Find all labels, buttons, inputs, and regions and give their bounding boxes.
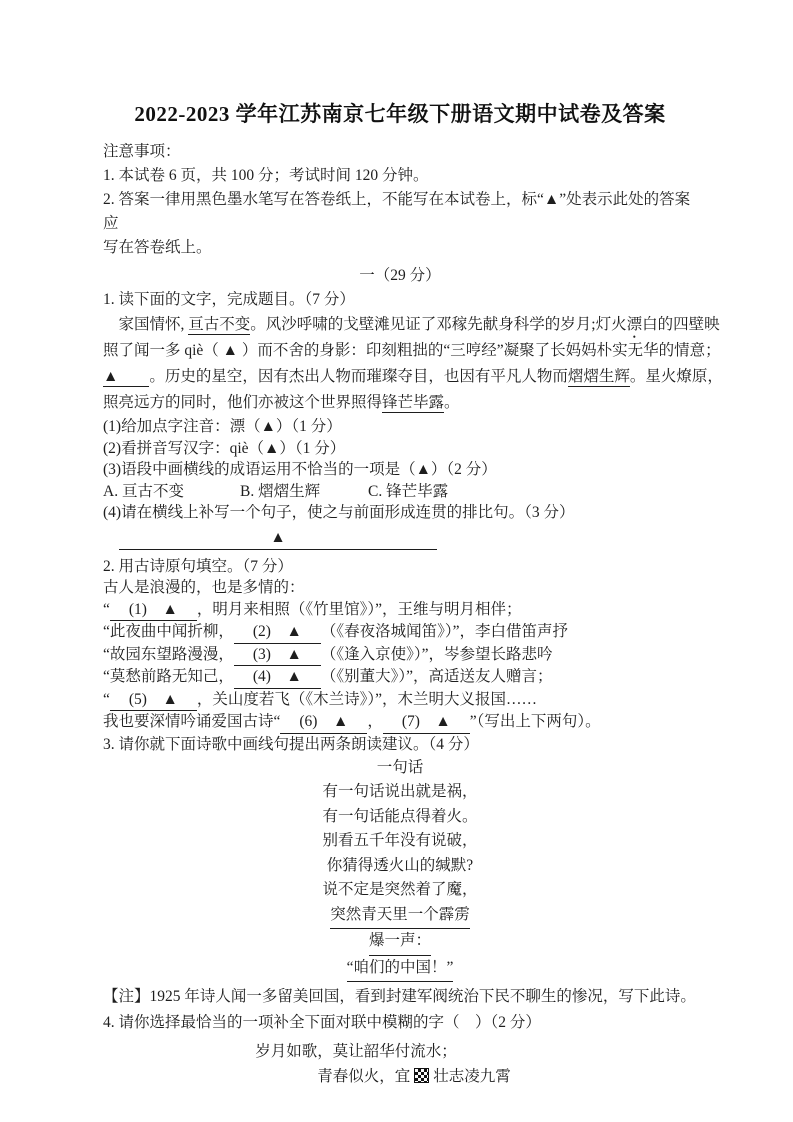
poem-line-text: 说不定是突然着了魔， bbox=[322, 878, 477, 903]
passage-text: 。 bbox=[444, 394, 460, 411]
passage-text: 照了闻一多 qiè（ ▲ ）而不舍的身影：印刻粗拙的“三哼经”凝聚了长妈妈朴实无… bbox=[103, 342, 721, 359]
fill-pre: “故园东望路漫漫， bbox=[103, 646, 234, 663]
emphasis-dot-char: 漂 bbox=[627, 316, 643, 333]
fill-pre: “莫愁前路无知己， bbox=[103, 668, 234, 685]
question-4-stem: 4. 请你选择最恰当的一项补全下面对联中模糊的字（ ）（2 分） bbox=[103, 1012, 697, 1034]
question-3-stem: 3. 请你就下面诗歌中画线句提出两条朗读建议。（4 分） bbox=[103, 734, 697, 756]
poem-line: 说不定是突然着了魔， bbox=[103, 878, 697, 903]
fill-pre: “ bbox=[103, 691, 110, 708]
passage-line-4: 照亮远方的同时，他们亦被这个世界照得锋芒毕露。 bbox=[103, 390, 697, 416]
question-1-passage: 家国情怀, 亘古不变。风沙呼啸的戈壁滩见证了邓稼先献身科学的岁月;灯火漂白的四壁… bbox=[103, 312, 697, 416]
poem-line-text: 有一句话能点得着火。 bbox=[322, 805, 477, 830]
poem-line: 你猜得透火山的缄默? bbox=[103, 854, 697, 879]
underlined-idiom: 熠熠生辉 bbox=[568, 368, 630, 387]
poem-line-underlined: 爆一声： bbox=[103, 929, 697, 956]
question-1-options: A. 亘古不变B. 熠熠生辉C. 锋芒毕露 bbox=[103, 481, 697, 503]
notice-section: 注意事项： 1. 本试卷 6 页，共 100 分；考试时间 120 分钟。 2.… bbox=[103, 140, 697, 260]
notice-line-2: 2. 答案一律用黑色墨水笔写在答卷纸上，不能写在本试卷上，标“▲”处表示此处的答… bbox=[103, 188, 697, 236]
fill-blank-2: (2) ▲ bbox=[234, 621, 321, 644]
question-1-sub-3: (3)语段中画横线的成语运用不恰当的一项是（▲）（2 分） bbox=[103, 459, 697, 481]
poem-line: 别看五千年没有说破， bbox=[103, 829, 697, 854]
couplet-line-1: 岁月如歌，莫让韶华付流水； bbox=[59, 1039, 653, 1064]
section-1-heading: 一（29 分） bbox=[103, 264, 697, 288]
poem-line-text: 别看五千年没有说破， bbox=[322, 829, 477, 854]
fill-blank-6: (6) ▲ bbox=[280, 711, 367, 734]
triangle-marker: ▲ bbox=[270, 529, 285, 546]
fill-line-4: “莫愁前路无知己，(4) ▲（《别董大》）”，高适送友人赠言； bbox=[103, 666, 697, 689]
passage-text: 。历史的星空，因有杰出人物而璀璨夺目，也因有平凡人物而 bbox=[149, 368, 568, 385]
passage-line-2: 照了闻一多 qiè（ ▲ ）而不舍的身影：印刻粗拙的“三哼经”凝聚了长妈妈朴实无… bbox=[103, 338, 697, 364]
fill-pre: “此夜曲中闻折柳， bbox=[103, 623, 234, 640]
passage-text: 。风沙呼啸的戈壁滩见证了邓稼先献身科学的岁月;灯火 bbox=[250, 316, 626, 333]
question-2-section: 2. 用古诗原句填空。（7 分） 古人是浪漫的，也是多情的： “(1) ▲，明月… bbox=[103, 556, 697, 734]
fill-line-2: “此夜曲中闻折柳，(2) ▲（《春夜洛城闻笛》）”，李白借笛声抒 bbox=[103, 621, 697, 644]
poem-line-text: 你猜得透火山的缄默? bbox=[327, 854, 473, 879]
blank-triangle-marker: ▲ bbox=[103, 368, 149, 387]
fill-post: （《春夜洛城闻笛》）”，李白借笛声抒 bbox=[321, 623, 568, 640]
poem-line: 有一句话说出就是祸， bbox=[103, 780, 697, 805]
option-b: B. 熠熠生辉 bbox=[240, 481, 368, 503]
couplet-block: 岁月如歌，莫让韶华付流水； 青春似火，宜壮志凌九霄 bbox=[103, 1039, 697, 1089]
question-2-intro: 古人是浪漫的，也是多情的： bbox=[103, 577, 697, 599]
poem-line-underlined: 突然青天里一个霹雳 bbox=[103, 903, 697, 930]
fill-pre: 我也要深情吟诵爱国古诗“ bbox=[103, 713, 280, 730]
fill-line-final: 我也要深情吟诵爱国古诗“(6) ▲，(7) ▲”（写出上下两句）。 bbox=[103, 711, 697, 734]
exam-paper: 2022-2023 学年江苏南京七年级下册语文期中试卷及答案 注意事项： 1. … bbox=[0, 0, 793, 1089]
underlined-idiom: 锋芒毕露 bbox=[382, 394, 444, 413]
notice-heading: 注意事项： bbox=[103, 140, 697, 164]
fill-post: ，关山度若飞（《木兰诗》）”，木兰明大义报国…… bbox=[197, 691, 537, 708]
fill-blank-3: (3) ▲ bbox=[234, 644, 321, 667]
page-title: 2022-2023 学年江苏南京七年级下册语文期中试卷及答案 bbox=[103, 100, 697, 128]
fill-post: （《逢入京使》）”，岑参望长路悲吟 bbox=[321, 646, 553, 663]
poem-title: 一句话 bbox=[103, 756, 697, 780]
fill-blank-5: (5) ▲ bbox=[110, 689, 197, 712]
passage-line-3: ▲ 。历史的星空，因有杰出人物而璀璨夺目，也因有平凡人物而熠熠生辉。星火燎原， bbox=[103, 364, 697, 390]
fill-line-5: “(5) ▲，关山度若飞（《木兰诗》）”，木兰明大义报国…… bbox=[103, 689, 697, 712]
option-a: A. 亘古不变 bbox=[103, 481, 240, 503]
passage-text: 白的四壁映 bbox=[642, 316, 720, 333]
fill-line-3: “故园东望路漫漫，(3) ▲（《逢入京使》）”，岑参望长路悲吟 bbox=[103, 644, 697, 667]
answer-blank-line: ▲ bbox=[119, 526, 437, 550]
couplet-text: 青春似火，宜 bbox=[317, 1068, 410, 1085]
poem-line: 有一句话能点得着火。 bbox=[103, 805, 697, 830]
fill-blank-4: (4) ▲ bbox=[234, 666, 321, 689]
question-1-sub-4: (4)请在横线上补写一个句子，使之与前面形成连贯的排比句。（3 分） bbox=[103, 502, 697, 524]
poem-line-text: 有一句话说出就是祸， bbox=[322, 780, 477, 805]
passage-text: 家国情怀, bbox=[103, 316, 188, 333]
couplet-text: 壮志凌九霄 bbox=[433, 1068, 511, 1085]
poem-line-text: 突然青天里一个霹雳 bbox=[330, 903, 470, 930]
poem-block: 一句话 有一句话说出就是祸， 有一句话能点得着火。 别看五千年没有说破， 你猜得… bbox=[103, 756, 697, 982]
poem-line-underlined: “咱们的中国！” bbox=[103, 956, 697, 983]
fill-post: ”（写出上下两句）。 bbox=[470, 713, 601, 730]
fill-post: （《别董大》）”，高适送友人赠言； bbox=[321, 668, 553, 685]
question-1-stem: 1. 读下面的文字，完成题目。（7 分） bbox=[103, 288, 697, 312]
fill-line-1: “(1) ▲，明月来相照（《竹里馆》）”，王维与明月相伴； bbox=[103, 599, 697, 622]
option-c: C. 锋芒毕露 bbox=[368, 481, 448, 503]
couplet-line-2: 青春似火，宜壮志凌九霄 bbox=[117, 1064, 711, 1089]
poem-line-text: 爆一声： bbox=[369, 929, 431, 956]
notice-line-3: 写在答卷纸上。 bbox=[103, 236, 697, 260]
passage-text: 照亮远方的同时，他们亦被这个世界照得 bbox=[103, 394, 382, 411]
fill-mid: ， bbox=[367, 713, 383, 730]
fill-blank-7: (7) ▲ bbox=[383, 711, 470, 734]
question-2-stem: 2. 用古诗原句填空。（7 分） bbox=[103, 556, 697, 578]
poem-note: 【注】1925 年诗人闻一多留美回国，看到封建军阀统治下民不聊生的惨况，写下此诗… bbox=[103, 986, 697, 1008]
underlined-idiom: 亘古不变 bbox=[188, 316, 250, 335]
fill-blank-1: (1) ▲ bbox=[110, 599, 197, 622]
passage-line-1: 家国情怀, 亘古不变。风沙呼啸的戈壁滩见证了邓稼先献身科学的岁月;灯火漂白的四壁… bbox=[103, 312, 697, 338]
poem-line-text: “咱们的中国！” bbox=[347, 956, 454, 983]
fill-post: ，明月来相照（《竹里馆》）”，王维与明月相伴； bbox=[197, 601, 522, 618]
passage-text: 。星火燎原， bbox=[630, 368, 723, 385]
fill-pre: “ bbox=[103, 601, 110, 618]
question-1-sub-2: (2)看拼音写汉字：qiè（▲）（1 分） bbox=[103, 438, 697, 460]
blurred-character-block bbox=[414, 1068, 429, 1083]
question-1-sub-1: (1)给加点字注音：漂（▲）（1 分） bbox=[103, 416, 697, 438]
notice-line-1: 1. 本试卷 6 页，共 100 分；考试时间 120 分钟。 bbox=[103, 164, 697, 188]
